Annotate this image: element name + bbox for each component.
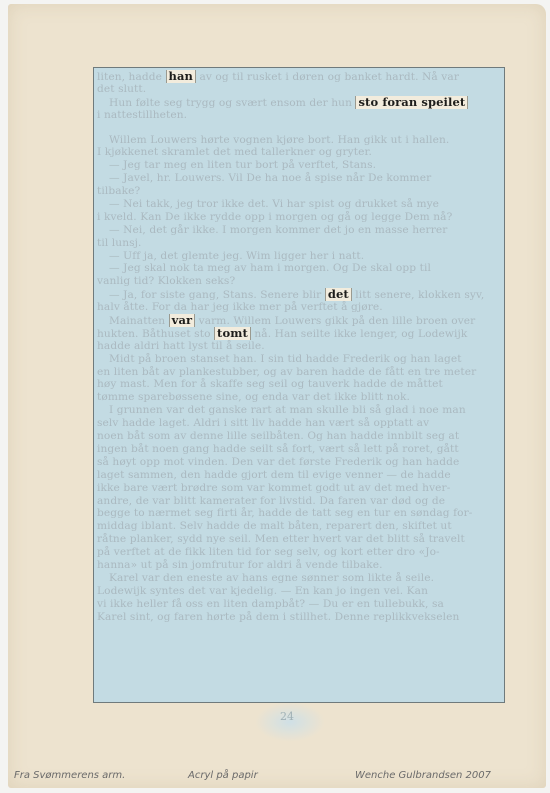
text-line: — Nei takk, jeg tror ikke det. Vi har sp… <box>97 198 501 211</box>
blank-line <box>97 122 501 134</box>
text-line: middag iblant. Selv hadde de malt båten,… <box>97 520 501 533</box>
text-line: noen båt som av denne lille seilbåten. O… <box>97 430 501 443</box>
text-line: laget sammen, den hadde gjort dem til ev… <box>97 469 501 482</box>
highlighted-word: var <box>169 314 196 327</box>
text-line: tilbake? <box>97 185 501 198</box>
text-line: — Jeg tar meg en liten tur bort på verft… <box>97 159 501 172</box>
text-line: til lunsj. <box>97 237 501 250</box>
artwork-title: Fra Svømmerens arm. <box>14 770 125 781</box>
text-line: vi ikke heller få oss en liten dampbåt? … <box>97 598 501 611</box>
text-line: høy mast. Men for å skaffe seg seil og t… <box>97 378 501 391</box>
text-line: Midt på broen stanset han. I sin tid had… <box>97 353 501 366</box>
page-number: 24 <box>280 710 294 723</box>
text-line: selv hadde laget. Aldri i sitt liv hadde… <box>97 417 501 430</box>
text-line: halv åtte. For da har jeg ikke mer på ve… <box>97 301 501 314</box>
text-line: tømme sparebøssene sine, og enda var det… <box>97 391 501 404</box>
text-line: — Javel, hr. Louwers. Vil De ha noe å sp… <box>97 172 501 185</box>
text-line: Karel var den eneste av hans egne sønner… <box>97 572 501 585</box>
highlighted-phrase: sto foran speilet <box>355 96 468 109</box>
text-line: ikke bare vært brødre som var kommet god… <box>97 482 501 495</box>
text-line: — Uff ja, det glemte jeg. Wim ligger her… <box>97 250 501 263</box>
text-line: hanna» ut på sin jomfrutur for aldri å v… <box>97 559 501 572</box>
highlighted-word: han <box>166 70 196 83</box>
erased-text-block: liten, hadde han av og til rusket i døre… <box>97 70 501 623</box>
text-line: — Jeg skal nok ta meg av ham i morgen. O… <box>97 262 501 275</box>
text-line: Mainatten var varm. Willem Louwers gikk … <box>97 314 501 327</box>
text-line: i nattestillheten. <box>97 109 501 122</box>
text-line: — Nei, det går ikke. I morgen kommer det… <box>97 224 501 237</box>
text-line: så høyt opp mot vinden. Den var det førs… <box>97 456 501 469</box>
text-line: Willem Louwers hørte vognen kjøre bort. … <box>97 134 501 147</box>
text-line: ingen båt noen gang hadde seilt så fort,… <box>97 443 501 456</box>
text-line: Lodewijk syntes det var kjedelig. — En k… <box>97 585 501 598</box>
text-line: på verftet at de fikk liten tid for seg … <box>97 546 501 559</box>
artist-signature: Wenche Gulbrandsen 2007 <box>355 770 491 781</box>
highlighted-word: tomt <box>214 327 251 340</box>
text-line: I grunnen var det ganske rart at man sku… <box>97 404 501 417</box>
text-line: liten, hadde han av og til rusket i døre… <box>97 70 501 83</box>
highlighted-word: det <box>325 288 352 301</box>
text-line: i kveld. Kan De ikke rydde opp i morgen … <box>97 211 501 224</box>
text-line: I kjøkkenet skramlet det med tallerkner … <box>97 146 501 159</box>
text-line: — Ja, for siste gang, Stans. Senere blir… <box>97 288 501 301</box>
text-line: det slutt. <box>97 83 501 96</box>
painted-book-page: liten, hadde han av og til rusket i døre… <box>93 67 505 703</box>
text-line: hadde aldri hatt lyst til å seile. <box>97 340 501 353</box>
artwork-medium: Acryl på papir <box>188 770 258 781</box>
text-line: begge to nærmet seg firti år, hadde de t… <box>97 507 501 520</box>
text-line: Hun følte seg trygg og svært ensom der h… <box>97 96 501 109</box>
text-line: vanlig tid? Klokken seks? <box>97 275 501 288</box>
text-line: en liten båt av plankestubber, og av bar… <box>97 366 501 379</box>
text-line: hukten. Båthuset sto tomt nå. Han seilte… <box>97 327 501 340</box>
text-line: andre, de var blitt kamerater for livsti… <box>97 495 501 508</box>
text-line: Karel sint, og faren hørte på dem i stil… <box>97 611 501 624</box>
text-line: råtne planker, sydd nye seil. Men etter … <box>97 533 501 546</box>
